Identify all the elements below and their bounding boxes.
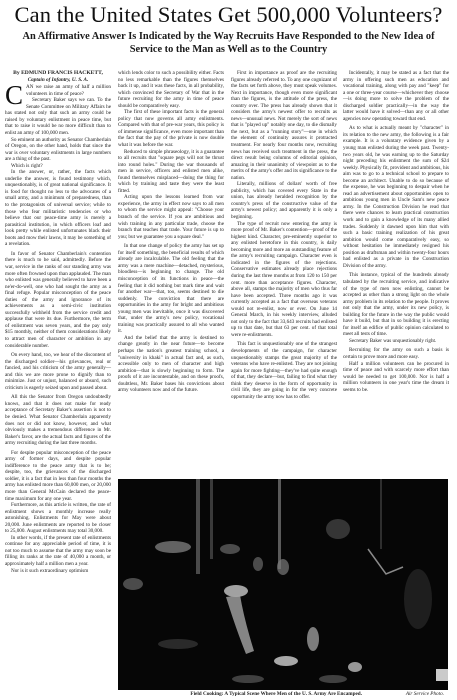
photo-caption: Field Cooking: A Typical Scene Where Men… xyxy=(118,690,448,700)
paragraph: In that one change of policy the army ha… xyxy=(118,243,224,335)
paragraph: Recruiting for the army on such a basis … xyxy=(343,347,449,360)
drop-cap: C xyxy=(5,85,23,106)
paragraph: All this the Senator from Oregon undoubt… xyxy=(5,394,111,446)
paragraph: Half a million volunteers can be procure… xyxy=(343,361,449,394)
paragraph: Acting upon the lessons learned from war… xyxy=(118,194,224,240)
paragraph: On every hand, too, we hear of the disco… xyxy=(5,352,111,391)
paragraph: This instance, typical of the hundreds a… xyxy=(343,272,449,337)
paragraph: This fact is unquestionably one of the s… xyxy=(231,341,337,400)
paragraph: which lends color to such a possibility … xyxy=(118,70,224,109)
paragraph: The type of recruit now entering the arm… xyxy=(231,221,337,339)
paragraph: For despite popular misconception of the… xyxy=(5,450,111,502)
headline: Can the United States Get 500,000 Volunt… xyxy=(0,3,457,27)
paragraph: Secretary Baker was unquestionably right… xyxy=(343,338,449,345)
byline-author: By EDMUND FRANCIS HACKETT, xyxy=(5,70,111,77)
paragraph: In favor of Senator Chamberlain's conten… xyxy=(5,251,111,349)
paragraph: Incidentally, it may be stated as a fact… xyxy=(343,70,449,122)
article-column-2: which lends color to such a possibility … xyxy=(118,70,224,475)
article-column-3: First in importance as proof are the rec… xyxy=(231,70,337,475)
paragraph: First in importance as proof are the rec… xyxy=(231,70,337,181)
paragraph: Furthermore, as this article is written,… xyxy=(5,502,111,535)
caption-text: Field Cooking: A Typical Scene Where Men… xyxy=(190,690,362,699)
paragraph: CAN we raise an army of half a million v… xyxy=(5,84,111,97)
field-cooking-photo xyxy=(118,479,448,690)
paragraph: And the belief that the army is destined… xyxy=(118,335,224,394)
paragraph: In other words, if the present rate of e… xyxy=(5,535,111,568)
paragraph: Reduced to simple phraseology, it is a g… xyxy=(118,149,224,195)
paragraph: As to what is actually meant by "charact… xyxy=(343,125,449,269)
article-column-4: Incidentally, it may be stated as a fact… xyxy=(343,70,449,475)
photo-image xyxy=(118,479,448,690)
subheadline: An Affirmative Answer Is Indicated by th… xyxy=(6,31,451,56)
article-column-1: By EDMUND FRANCIS HACKETT, Captain of In… xyxy=(5,70,111,700)
paragraph: In the answer, or, rather, the facts whi… xyxy=(5,169,111,248)
paragraph: Nor is it such extraordinary optimism xyxy=(5,568,111,575)
paragraph: So eminent an authority as Senator Chamb… xyxy=(5,137,111,163)
paragraph: Literally, millions of dollars' worth of… xyxy=(231,181,337,220)
paragraph: The first of these important facts is th… xyxy=(118,109,224,148)
photo-credit: Air Service Photo. xyxy=(406,690,444,699)
